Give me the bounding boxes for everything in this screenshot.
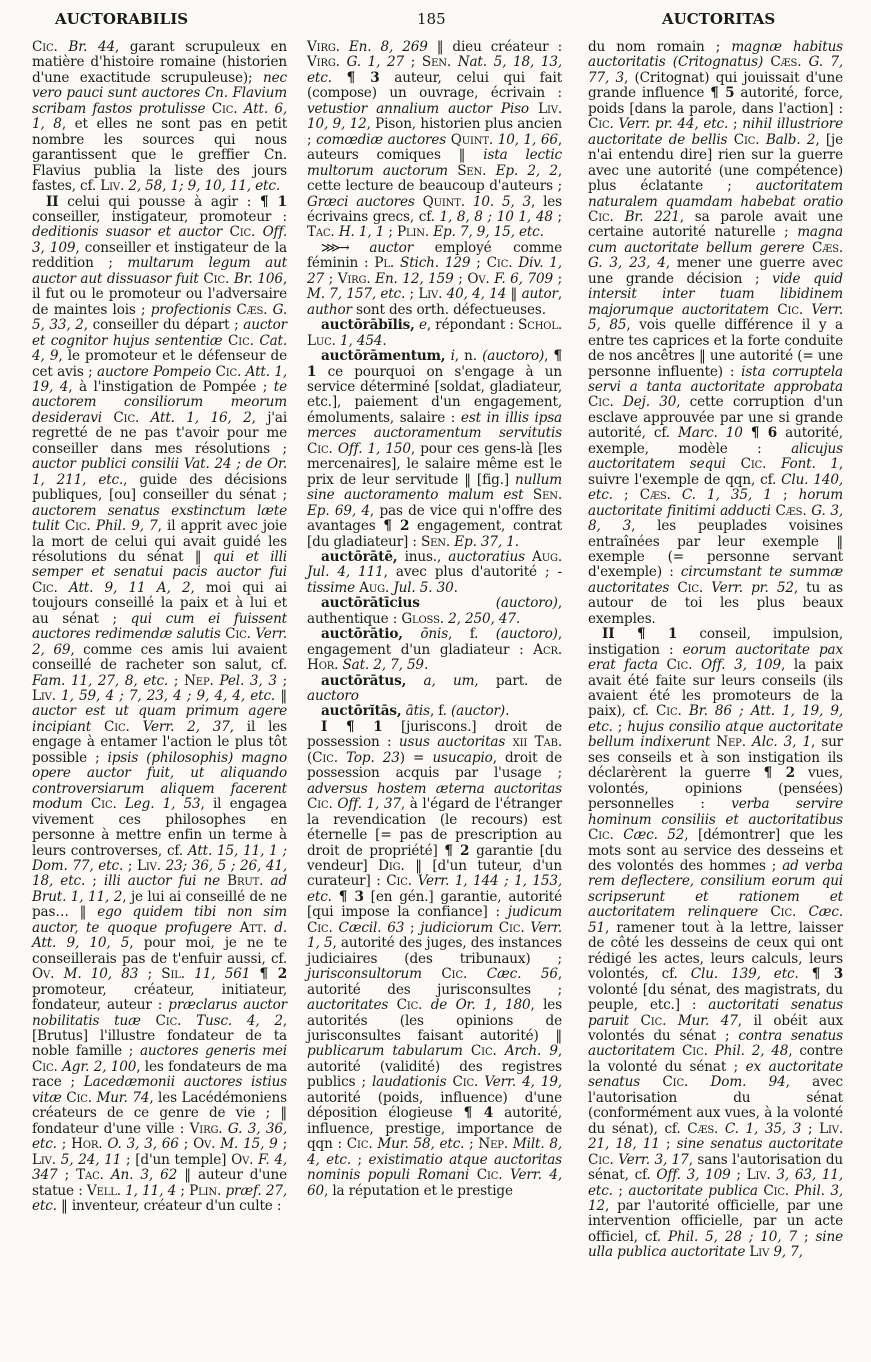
dictionary-page: AUCTORABILIS 185 AUCTORITAS Cic. Br. 44,… [0, 0, 871, 1362]
dictionary-entry-paragraph: auctōrātē, inus., auctoratius Aug. Jul. … [307, 550, 562, 596]
column-right: du nom romain ; magnæ habitus auctoritat… [588, 40, 843, 1261]
dictionary-entry-paragraph: Cic. Br. 44, garant scrupuleux en matièr… [32, 40, 287, 195]
column-left: Cic. Br. 44, garant scrupuleux en matièr… [32, 40, 287, 1214]
dictionary-entry-paragraph: auctōrātus, a, um, part. de auctoro [307, 674, 562, 705]
dictionary-entry-paragraph: auctōrātio, ōnis, f. (auctoro), engageme… [307, 627, 562, 673]
left-guide-word: AUCTORABILIS [55, 10, 188, 28]
page-header: AUCTORABILIS 185 AUCTORITAS [0, 10, 871, 36]
dictionary-entry-paragraph: auctōrāmentum, i, n. (auctoro), ¶ 1 ce p… [307, 349, 562, 550]
dictionary-entry-paragraph: auctōrābĭlis, e, répondant : Schol. Luc.… [307, 318, 562, 349]
dictionary-entry-paragraph: Virg. En. 8, 269 ‖ dieu créateur : Virg.… [307, 40, 562, 241]
dictionary-entry-paragraph: du nom romain ; magnæ habitus auctoritat… [588, 40, 843, 627]
dictionary-entry-paragraph: II celui qui pousse à agir : ¶ 1 conseil… [32, 195, 287, 1215]
right-guide-word: AUCTORITAS [662, 10, 775, 28]
dictionary-entry-paragraph: auctōrātīcius (auctoro), authentique : G… [307, 596, 562, 627]
page-number: 185 [417, 10, 446, 28]
dictionary-entry-paragraph: II ¶ 1 conseil, impulsion, instigation :… [588, 627, 843, 1261]
dictionary-entry-paragraph: I ¶ 1 [juriscons.] droit de possession :… [307, 720, 562, 1199]
dictionary-entry-paragraph: ⋙→ auctor employé comme féminin : Pl. St… [307, 241, 562, 318]
dictionary-entry-paragraph: auctōrĭtās, ātis, f. (auctor). [307, 704, 562, 719]
column-middle: Virg. En. 8, 269 ‖ dieu créateur : Virg.… [307, 40, 562, 1199]
